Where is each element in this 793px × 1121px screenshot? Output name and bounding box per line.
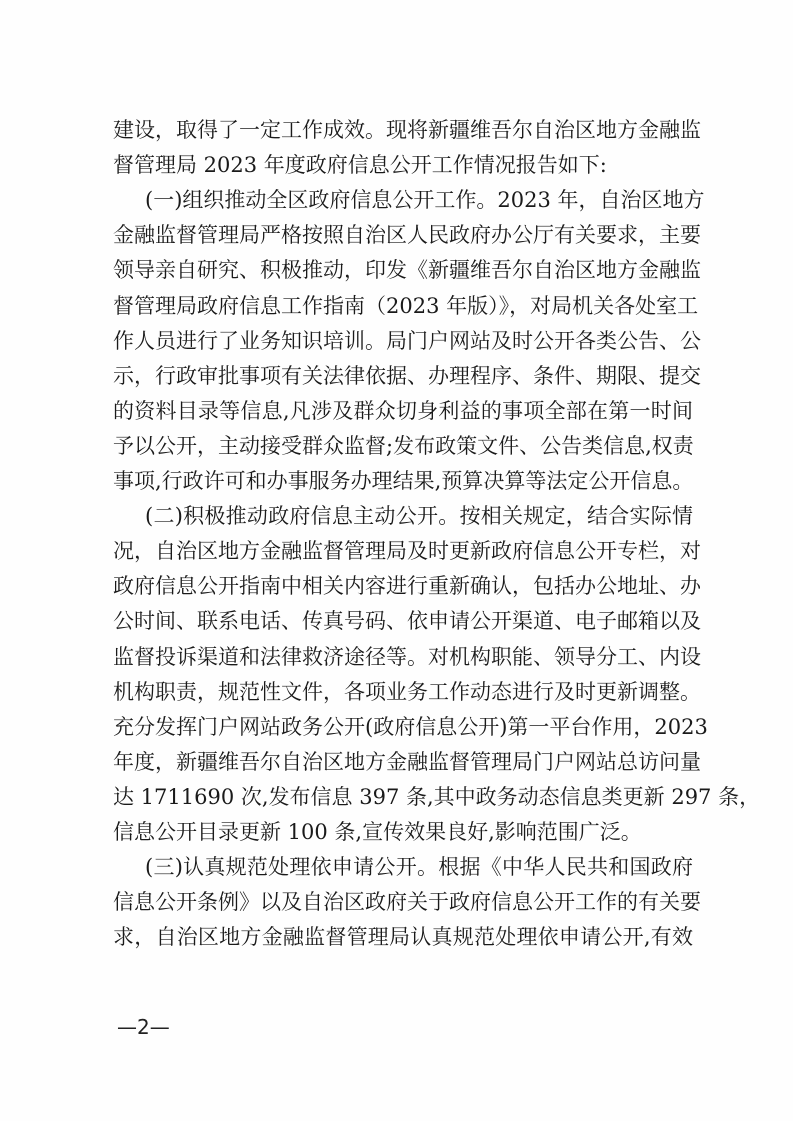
- text-line: 信息公开目录更新 100 条,宣传效果良好,影响范围广泛。: [113, 816, 693, 848]
- text-line: 政府信息公开指南中相关内容进行重新确认，包括办公地址、办: [113, 570, 693, 602]
- text-line: 予以公开，主动接受群众监督;发布政策文件、公告类信息,权责: [113, 430, 693, 462]
- text-line: 监督投诉渠道和法律救济途径等。对机构职能、领导分工、内设: [113, 641, 693, 673]
- paragraph-start-line: (一)组织推动全区政府信息公开工作。2023 年，自治区地方: [145, 184, 693, 216]
- text-line: 机构职责，规范性文件，各项业务工作动态进行及时更新调整。: [113, 676, 693, 708]
- text-line: 求，自治区地方金融监督管理局认真规范处理依申请公开,有效: [113, 921, 693, 953]
- paragraph-start-line: (二)积极推动政府信息主动公开。按相关规定，结合实际情: [145, 500, 693, 532]
- text-line: 公时间、联系电话、传真号码、依申请公开渠道、电子邮箱以及: [113, 605, 693, 637]
- page-number: —2—: [117, 1015, 170, 1039]
- document-page: 建设，取得了一定工作成效。现将新疆维吾尔自治区地方金融监督管理局 2023 年度…: [0, 0, 793, 1121]
- text-line: 领导亲自研究、积极推动，印发《新疆维吾尔自治区地方金融监: [113, 254, 693, 286]
- text-line: 金融监督管理局严格按照自治区人民政府办公厅有关要求，主要: [113, 219, 693, 251]
- text-line: 况，自治区地方金融监督管理局及时更新政府信息公开专栏，对: [113, 535, 693, 567]
- text-line: 建设，取得了一定工作成效。现将新疆维吾尔自治区地方金融监: [113, 114, 693, 146]
- text-line: 达 1711690 次,发布信息 397 条,其中政务动态信息类更新 297 条…: [113, 781, 693, 813]
- text-line: 的资料目录等信息,凡涉及群众切身利益的事项全部在第一时间: [113, 395, 693, 427]
- text-line: 年度，新疆维吾尔自治区地方金融监督管理局门户网站总访问量: [113, 746, 693, 778]
- text-line: 信息公开条例》以及自治区政府关于政府信息公开工作的有关要: [113, 886, 693, 918]
- text-line: 作人员进行了业务知识培训。局门户网站及时公开各类公告、公: [113, 325, 693, 357]
- text-line: 示，行政审批事项有关法律依据、办理程序、条件、期限、提交: [113, 360, 693, 392]
- paragraph-start-line: (三)认真规范处理依申请公开。根据《中华人民共和国政府: [145, 851, 693, 883]
- text-line: 督管理局 2023 年度政府信息公开工作情况报告如下:: [113, 149, 693, 181]
- text-line: 事项,行政许可和办事服务办理结果,预算决算等法定公开信息。: [113, 465, 693, 497]
- text-line: 督管理局政府信息工作指南（2023 年版）》，对局机关各处室工: [113, 290, 693, 322]
- text-line: 充分发挥门户网站政务公开(政府信息公开)第一平台作用，2023: [113, 711, 693, 743]
